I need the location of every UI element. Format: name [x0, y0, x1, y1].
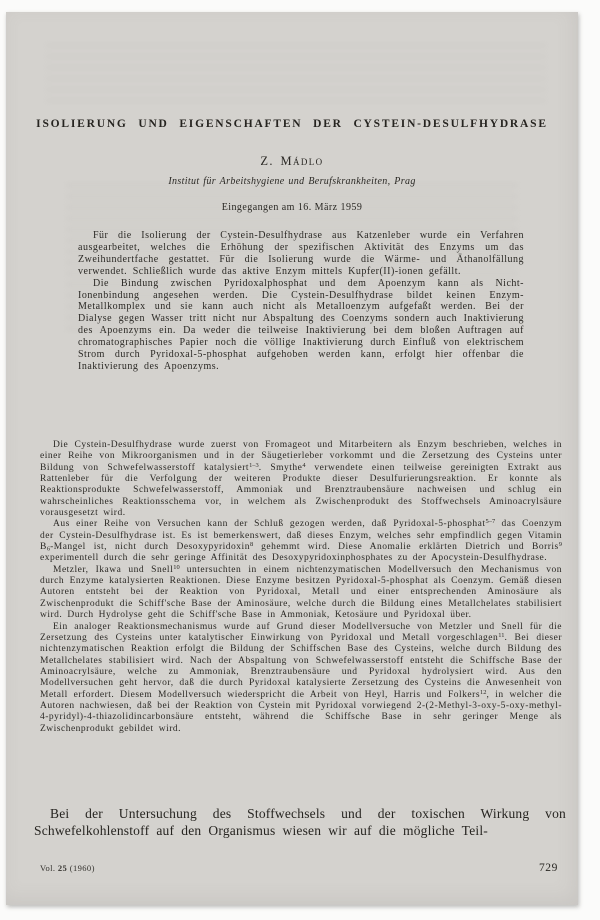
article-title: ISOLIERUNG UND EIGENSCHAFTEN DER CYSTEIN… — [32, 118, 552, 130]
abstract-paragraph: Für die Isolierung der Cystein-Desulfhyd… — [78, 230, 524, 278]
body-paragraph: Ein analoger Reaktionsmechanismus wurde … — [40, 622, 562, 735]
author-name: Z. Mádlo — [32, 154, 552, 169]
body-paragraph: Die Cystein-Desulfhydrase wurde zuerst v… — [40, 440, 562, 519]
author-affiliation: Institut für Arbeitshygiene und Berufskr… — [32, 176, 552, 187]
page-number: 729 — [539, 862, 558, 874]
journal-page: ISOLIERUNG UND EIGENSCHAFTEN DER CYSTEIN… — [6, 12, 578, 905]
page-footer: Vol. 25 (1960) 729 — [40, 862, 558, 874]
scan-backing: ISOLIERUNG UND EIGENSCHAFTEN DER CYSTEIN… — [0, 0, 600, 920]
article-body: Die Cystein-Desulfhydrase wurde zuerst v… — [40, 440, 562, 806]
abstract-block: Für die Isolierung der Cystein-Desulfhyd… — [78, 230, 524, 420]
volume-issue-label: Vol. 25 (1960) — [40, 863, 95, 873]
abstract-paragraph: Die Bindung zwischen Pyridoxalphosphat u… — [78, 278, 524, 373]
closing-paragraph: Bei der Untersuchung des Stoffwechsels u… — [34, 806, 566, 839]
body-paragraph: Metzler, Ikawa und Snell10 untersuchten … — [40, 565, 562, 622]
reverse-side-showthrough-artifact — [46, 40, 546, 102]
body-paragraph: Aus einer Reihe von Versuchen kann der S… — [40, 519, 562, 564]
received-date-line: Eingegangen am 16. März 1959 — [32, 202, 552, 213]
